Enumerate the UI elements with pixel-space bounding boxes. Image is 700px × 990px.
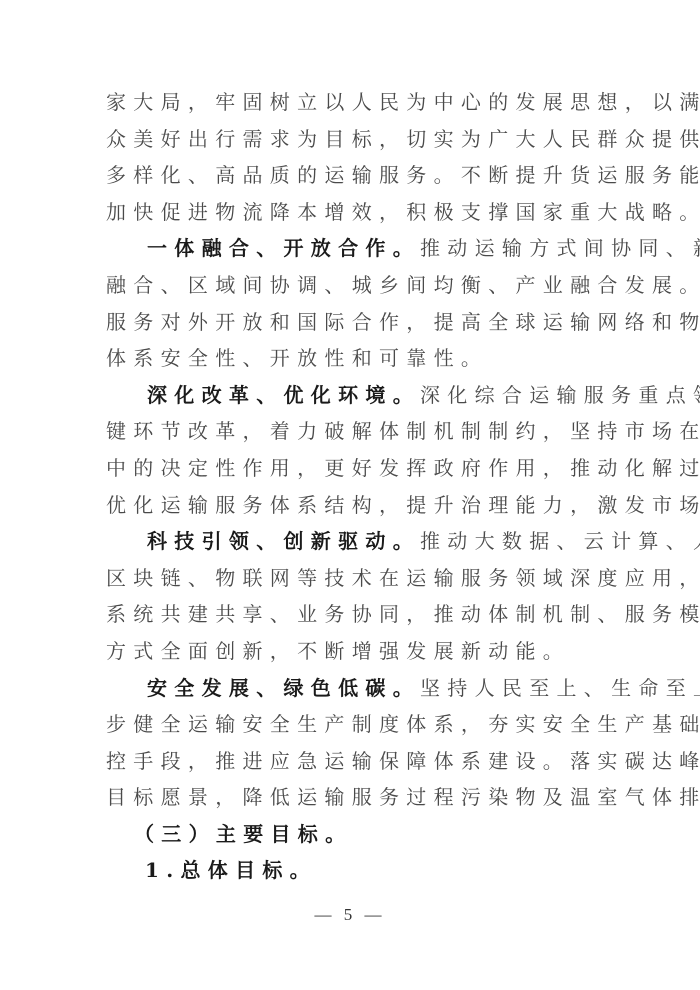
paragraph-continuation: 家大局，牢固树立以人民为中心的发展思想，以满足人民群 众美好出行需求为目标，切实… (106, 84, 600, 230)
subsection-heading: 1.总体目标。 (106, 852, 600, 889)
text-line: 融合、区域间协调、城乡间均衡、产业融合发展。推动运输 (106, 267, 600, 304)
paragraph-text: 推动运输方式间协同、新老业态 (420, 236, 700, 260)
text-line: 中的决定性作用，更好发挥政府作用，推动化解过剩产能， (106, 450, 600, 487)
text-line: 目标愿景，降低运输服务过程污染物及温室气体排放强度。 (106, 779, 600, 816)
text-line: 深化改革、优化环境。深化综合运输服务重点领域和关 (106, 377, 600, 414)
text-line: 键环节改革，着力破解体制机制制约，坚持市场在配置资源 (106, 413, 600, 450)
paragraph-text: 深化综合运输服务重点领域和关 (420, 383, 700, 407)
text-line: 方式全面创新，不断增强发展新动能。 (106, 633, 600, 670)
paragraph-text: 推动大数据、云计算、人工智能、 (420, 529, 700, 553)
paragraph-text: 坚持人民至上、生命至上，进一 (420, 676, 700, 700)
text-line: 系统共建共享、业务协同，推动体制机制、服务模式和管理 (106, 596, 600, 633)
text-line: 众美好出行需求为目标，切实为广大人民群众提供均等化、 (106, 121, 600, 158)
text-line: 科技引领、创新驱动。推动大数据、云计算、人工智能、 (106, 523, 600, 560)
paragraph-lead: 一体融合、开放合作。 (147, 236, 420, 260)
text-line: 安全发展、绿色低碳。坚持人民至上、生命至上，进一 (106, 670, 600, 707)
section-heading: （三）主要目标。 (106, 816, 600, 853)
text-line: 一体融合、开放合作。推动运输方式间协同、新老业态 (106, 230, 600, 267)
paragraph-technology-innovation: 科技引领、创新驱动。推动大数据、云计算、人工智能、 区块链、物联网等技术在运输服… (106, 523, 600, 669)
paragraph-safety-green: 安全发展、绿色低碳。坚持人民至上、生命至上，进一 步健全运输安全生产制度体系，夯… (106, 670, 600, 816)
paragraph-lead: 深化改革、优化环境。 (147, 383, 420, 407)
text-line: 步健全运输安全生产制度体系，夯实安全生产基础，增强管 (106, 706, 600, 743)
document-page: 家大局，牢固树立以人民为中心的发展思想，以满足人民群 众美好出行需求为目标，切实… (106, 84, 600, 889)
paragraph-integration-openness: 一体融合、开放合作。推动运输方式间协同、新老业态 融合、区域间协调、城乡间均衡、… (106, 230, 600, 376)
text-line: 优化运输服务体系结构，提升治理能力，激发市场活力。 (106, 487, 600, 524)
text-line: 区块链、物联网等技术在运输服务领域深度应用，强化信息 (106, 560, 600, 597)
text-line: 控手段，推进应急运输保障体系建设。落实碳达峰、碳中和 (106, 743, 600, 780)
text-line: 加快促进物流降本增效，积极支撑国家重大战略。 (106, 194, 600, 231)
text-line: 家大局，牢固树立以人民为中心的发展思想，以满足人民群 (106, 84, 600, 121)
paragraph-lead: 科技引领、创新驱动。 (147, 529, 420, 553)
text-line: 体系安全性、开放性和可靠性。 (106, 340, 600, 377)
paragraph-lead: 安全发展、绿色低碳。 (147, 676, 420, 700)
text-line: 多样化、高品质的运输服务。不断提升货运服务能力和水平， (106, 157, 600, 194)
text-line: 服务对外开放和国际合作，提高全球运输网络和物流供应链 (106, 304, 600, 341)
page-number: — 5 — (0, 905, 700, 925)
paragraph-reform-environment: 深化改革、优化环境。深化综合运输服务重点领域和关 键环节改革，着力破解体制机制制… (106, 377, 600, 523)
